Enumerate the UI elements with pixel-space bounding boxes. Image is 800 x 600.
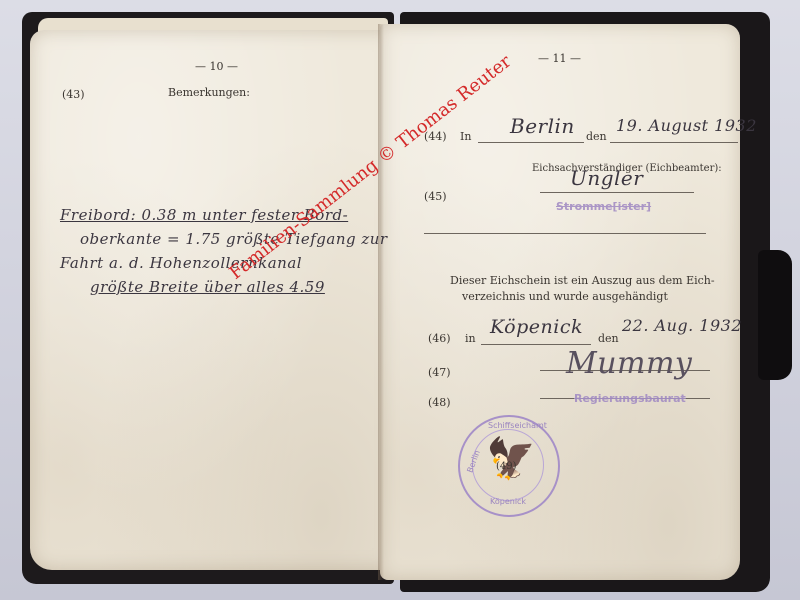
remark-line: Fahrt a. d. Hohenzollernkanal — [60, 251, 380, 275]
name-stamp: Stromme[ister] — [556, 200, 651, 213]
seal-top-text: Schiffseichamt — [488, 421, 547, 430]
underline — [610, 142, 738, 143]
handwritten-place: Berlin — [510, 114, 575, 138]
title-stamp: Regierungsbaurat — [574, 392, 686, 405]
field-label-43: (43) — [62, 88, 85, 101]
certificate-text-2: verzeichnis und wurde ausgehändigt — [462, 290, 668, 303]
field-label-48: (48) — [428, 396, 451, 409]
signature: Mummy — [566, 346, 692, 381]
official-seal: Schiffseichamt Berlin Köpenick 🦅 (49) — [458, 415, 560, 517]
field-46-den: den — [598, 332, 619, 345]
underline — [478, 142, 584, 143]
closing-strap — [758, 250, 792, 380]
left-page — [30, 30, 394, 570]
eagle-icon: 🦅 — [486, 439, 536, 479]
remarks-heading: Bemerkungen: — [168, 86, 250, 99]
handwritten-date: 19. August 1932 — [616, 116, 757, 135]
underline — [481, 344, 591, 345]
handwritten-remarks: Freibord: 0.38 m unter fester Bord- ober… — [60, 203, 380, 299]
field-label-47: (47) — [428, 366, 451, 379]
book-gutter — [378, 24, 384, 580]
seal-bottom-text: Köpenick — [490, 497, 526, 506]
separator-line — [424, 233, 706, 234]
page-number-left: — 10 — — [195, 60, 238, 73]
certificate-text-1: Dieser Eichschein ist ein Auszug aus dem… — [450, 274, 715, 287]
field-label-45: (45) — [424, 190, 447, 203]
signature: Ungler — [570, 166, 643, 190]
field-44-prefix: In — [460, 130, 471, 143]
field-46-prefix: in — [465, 332, 476, 345]
page-number-right: — 11 — — [538, 52, 581, 65]
field-label-49: (49) — [496, 461, 517, 472]
signature-line — [540, 192, 694, 193]
remark-line: größte Breite über alles 4.59 — [60, 275, 380, 299]
handwritten-place: Köpenick — [490, 316, 583, 338]
remark-line: oberkante = 1.75 größte Tiefgang zur — [60, 227, 380, 251]
field-label-46: (46) — [428, 332, 451, 345]
handwritten-date: 22. Aug. 1932 — [622, 316, 742, 335]
field-44-den: den — [586, 130, 607, 143]
